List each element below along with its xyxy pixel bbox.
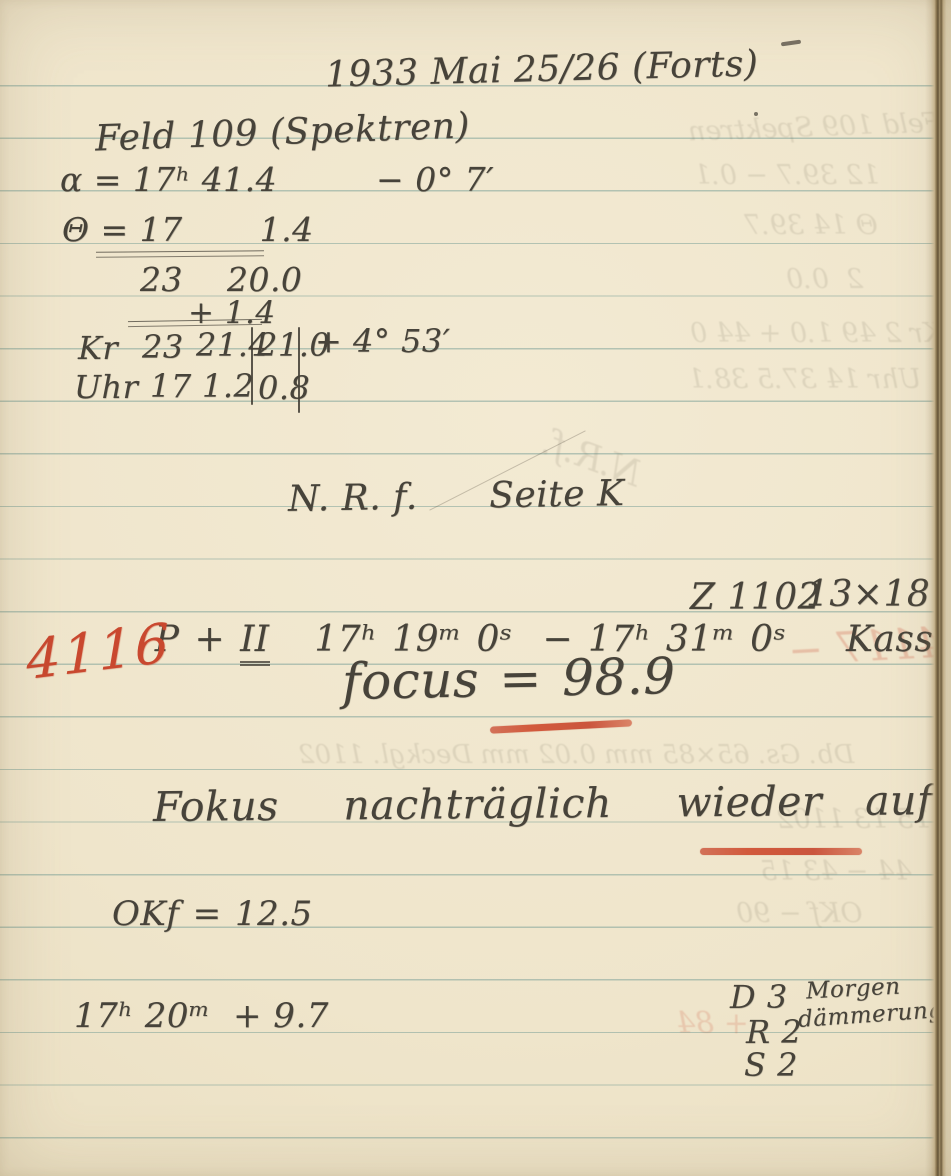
bleed-through-text: Kr 2 49 1.0 + 44 0 <box>690 318 943 349</box>
nrf-line: N. R. f. Seite K <box>288 474 625 519</box>
uhr-col3: 0.8 <box>258 371 310 406</box>
bleed-through-text: Θ 14 39.7 <box>744 210 878 241</box>
kr-label: Kr <box>78 331 118 366</box>
bleed-through-text: Uhr 14 37.5 38.1 <box>688 364 921 395</box>
field-header: Feld 109 (Spektren) <box>94 106 470 159</box>
sum-line: 23 20.0 <box>140 262 302 298</box>
bleed-through-text: 12 39.7 − 0.1 <box>694 160 880 191</box>
condition-s: S 2 <box>744 1048 798 1083</box>
red-underline <box>490 719 632 733</box>
theta-line: Θ = 17 1.4 <box>62 212 314 248</box>
condition-r: R 2 <box>746 1015 802 1050</box>
z-number: Z 1102 <box>690 578 821 618</box>
bleed-through-text: 44 − 43 15 <box>760 856 911 887</box>
bleed-through-text: Feld 109 Spektren <box>688 108 942 148</box>
time-line: 17ʰ 20ᵐ + 9.7 <box>74 998 329 1035</box>
kr-declination: + 4° 53′ <box>315 324 451 359</box>
kr-col1: 23 <box>142 330 184 365</box>
bleed-through-text: OKf − 90 <box>736 898 862 929</box>
uhr-col1: 17 <box>150 369 192 404</box>
ink-speck <box>781 40 801 47</box>
pencil-underline <box>96 250 264 257</box>
uhr-label: Uhr <box>74 370 138 405</box>
plate-format: 13×18 <box>806 575 930 615</box>
condition-d: D 3 <box>730 980 788 1015</box>
bleed-through-text: 2 0.0 <box>786 264 863 295</box>
plate-roman-numeral: II <box>240 619 269 666</box>
bleed-through-text: Db. Gs. 65×85 mm 0.02 mm Deckgl. 1102 <box>298 740 854 770</box>
date-title: 1933 Mai 25/26 (Forts) <box>325 44 759 95</box>
ink-speck <box>754 112 758 116</box>
okf-line: OKf = 12.5 <box>112 896 313 933</box>
focus-line: focus = 98.9 <box>342 649 676 710</box>
alpha-line: α = 17ʰ 41.4 − 0° 7′ <box>60 162 494 198</box>
uhr-col2: 1.2 <box>202 369 254 404</box>
refocus-line: Fokus nachträglich wieder auf 99.1 gebra… <box>153 775 951 830</box>
red-underline <box>700 848 862 855</box>
notebook-page: Feld 109 Spektren 12 39.7 − 0.1 Θ 14 39.… <box>0 0 951 1176</box>
